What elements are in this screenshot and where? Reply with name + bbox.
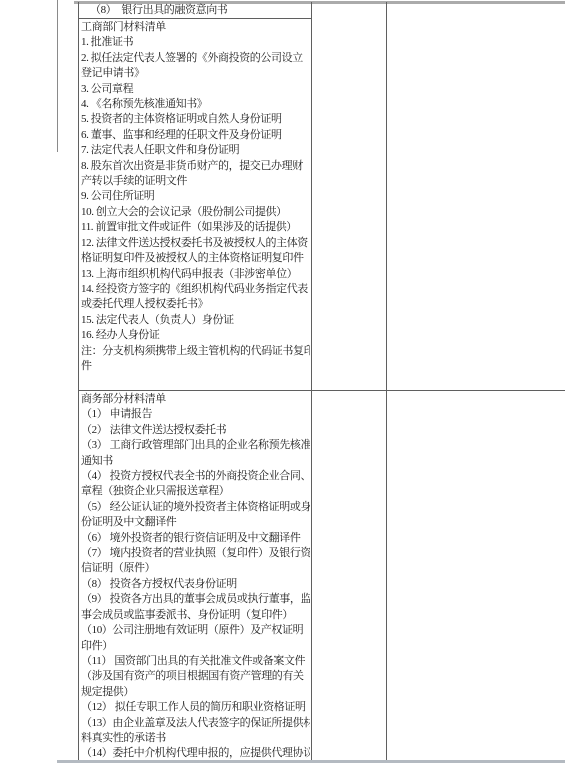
text-line: （1） 申请报告: [81, 407, 310, 422]
text-line: 信证明（原件）: [81, 561, 310, 576]
text-line: （4） 投资方授权代表全书的外商投资企业合同、: [81, 469, 310, 484]
table-edge-artifact-line: [57, 0, 58, 152]
text-line: 工商部门材料清单: [81, 20, 310, 35]
text-line: 件: [81, 359, 310, 374]
table-row-divider-materials: [79, 390, 565, 391]
text-line: （8） 投资各方授权代表身份证明: [81, 577, 310, 592]
text-line: （3） 工商行政管理部门出具的企业名称预先核准: [81, 438, 310, 453]
text-line: 16. 经办人身份证: [81, 328, 310, 343]
text-line: 格证明复印件及被授权人的主体资格证明复印件: [81, 251, 310, 266]
text-line: 1. 批准证书: [81, 35, 310, 50]
text-line: 印件）: [81, 639, 310, 654]
text-line: 5. 投资者的主体资格证明或自然人身份证明: [81, 112, 310, 127]
text-line: （2） 法律文件送达授权委托书: [81, 423, 310, 438]
text-line: 规定提供）: [81, 685, 310, 700]
text-line: （7） 境内投资者的营业执照（复印件）及银行资: [81, 546, 310, 561]
text-line: 3. 公司章程: [81, 82, 310, 97]
text-line: 登记申请书》: [81, 66, 310, 81]
text-line: 4. 《名称预先核准通知书》: [81, 97, 310, 112]
text-line: （8） 银行出具的融资意向书: [90, 3, 319, 17]
table-column-divider-1: [311, 2, 312, 762]
text-line: （6） 境外投资者的银行资信证明及中文翻译件: [81, 531, 310, 546]
text-line: 14. 经投资方签字的《组织机构代码业务指定代表: [81, 282, 310, 297]
text-line: 2. 拟任法定代表人签署的《外商投资的公司设立: [81, 51, 310, 66]
table-row-divider-financing: [79, 18, 311, 19]
document-page: （8） 银行出具的融资意向书 工商部门材料清单1. 批准证书2. 拟任法定代表人…: [0, 0, 565, 764]
text-line: 注：分支机构须携带上级主管机构的代码证书复印: [81, 344, 310, 359]
text-line: 13. 上海市组织机构代码申报表（非涉密单位）: [81, 267, 310, 282]
text-line: （13）由企业盖章及法人代表签字的保证所提供材: [81, 716, 310, 731]
table-left-border: [78, 2, 79, 762]
text-line: 10. 创立大会的会议记录（股份制公司提供）: [81, 205, 310, 220]
text-line: 料真实性的承诺书: [81, 731, 310, 746]
text-line: （5） 经公证认证的境外投资者主体资格证明或身: [81, 500, 310, 515]
text-line: 或委托代理人授权委托书》: [81, 297, 310, 312]
text-line: 15. 法定代表人（负责人）身份证: [81, 313, 310, 328]
text-line: （涉及国有资产的项目根据国有资产管理的有关: [81, 669, 310, 684]
text-line: 章程（独资企业只需报送章程）: [81, 484, 310, 499]
text-line: 份证明及中文翻译件: [81, 515, 310, 530]
text-line: 9. 公司住所证明: [81, 189, 310, 204]
cell-gongshang-material-list: 工商部门材料清单1. 批准证书2. 拟任法定代表人签署的《外商投资的公司设立登记…: [81, 20, 310, 389]
text-line: （12） 拟任专职工作人员的简历和职业资格证明: [81, 700, 310, 715]
text-line: （11） 国资部门出具的有关批准文件或备案文件: [81, 654, 310, 669]
text-line: （9） 投资各方出具的董事会成员或执行董事，监: [81, 592, 310, 607]
cell-shangwu-material-list: 商务部分材料清单（1） 申请报告（2） 法律文件送达授权委托书（3） 工商行政管…: [81, 392, 310, 764]
text-line: 11. 前置审批文件或证件（如果涉及的话提供）: [81, 220, 310, 235]
text-line: 事会成员或监事委派书、身份证明（复印件）: [81, 608, 310, 623]
text-line: 6. 董事、监事和经理的任职文件及身份证明: [81, 128, 310, 143]
text-line: 7. 法定代表人任职文件和身份证明: [81, 143, 310, 158]
text-line: 8. 股东首次出资是非货币财产的，提交已办理财: [81, 159, 310, 174]
text-line: （14）委托中介机构代理申报的，应提供代理协议、: [81, 746, 310, 761]
text-line: 12. 法律文件送达授权委托书及被授权人的主体资: [81, 236, 310, 251]
cell-financing-intent-item: （8） 银行出具的融资意向书: [81, 3, 319, 18]
text-line: 通知书: [81, 454, 310, 469]
text-line: 产转以手续的证明文件: [81, 174, 310, 189]
text-line: （10）公司注册地有效证明（原件）及产权证明（复: [81, 623, 310, 638]
text-line: 商务部分材料清单: [81, 392, 310, 407]
table-column-divider-2: [386, 2, 387, 762]
